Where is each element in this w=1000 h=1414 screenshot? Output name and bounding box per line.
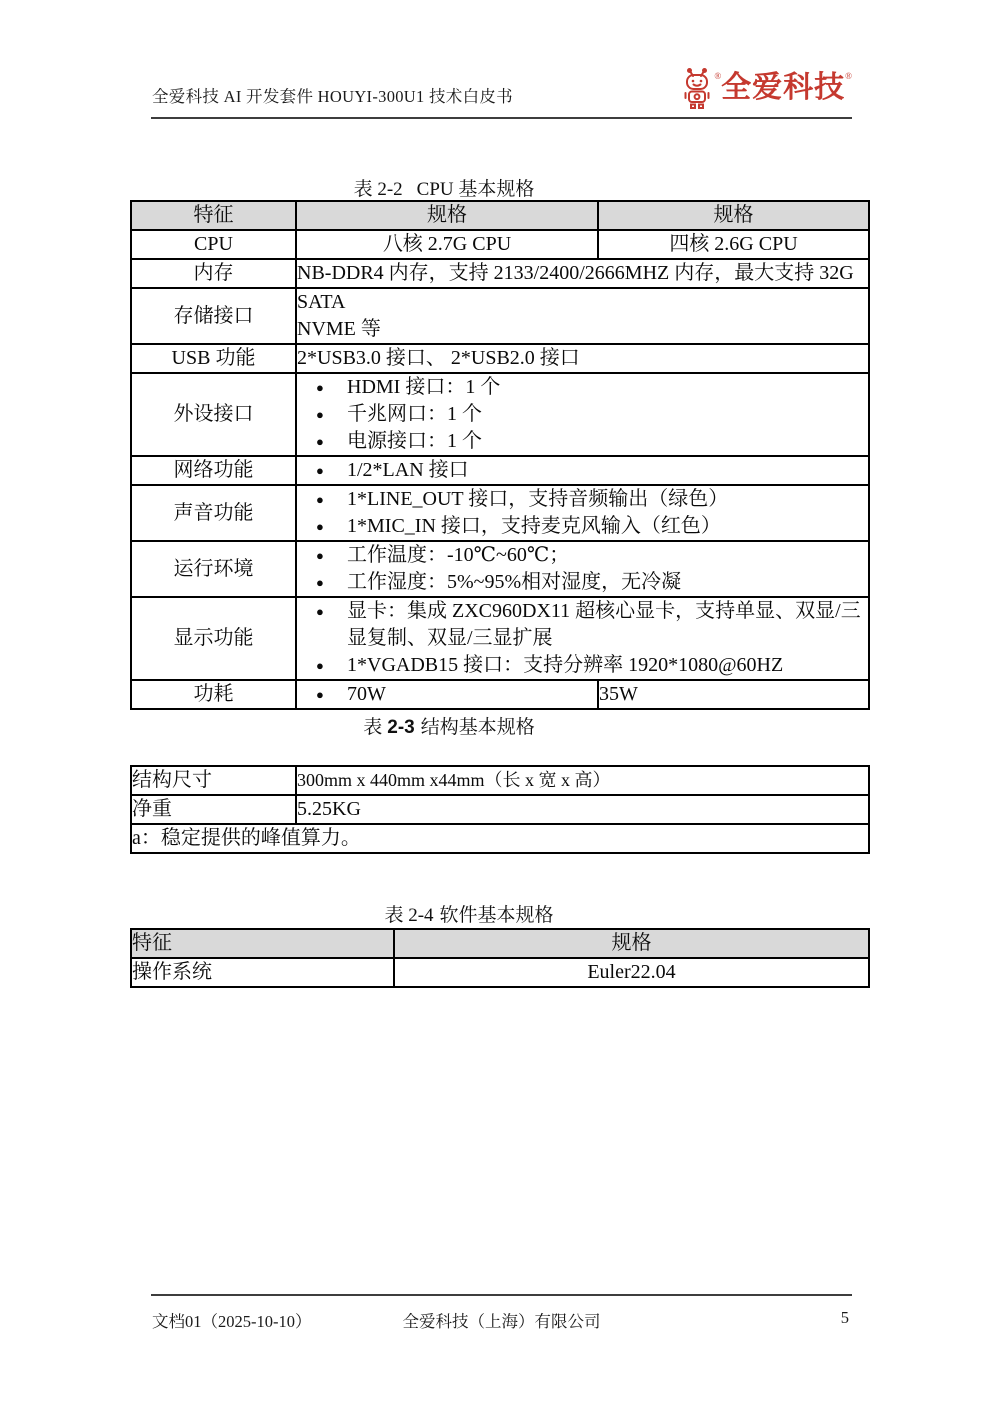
table-row-network: 网络功能 ●1/2*LAN 接口 [131,456,869,485]
bullet-line: ●工作温度：-10℃~60℃； [297,542,868,569]
bullet-line: ●1*LINE_OUT 接口，支持音频输出（绿色） [297,486,868,513]
bullet-text: 显卡：集成 ZXC960DX11 超核心显卡，支持单显、双显/三显复制、双显/三… [347,600,861,649]
spec-value: ●1/2*LAN 接口 [296,456,869,485]
feature-label: 功耗 [131,680,296,709]
footer-page-number: 5 [841,1308,849,1328]
bullet-icon: ● [316,513,324,540]
table-2-2-caption: 表 2-2CPU 基本规格 [75,174,813,201]
bullet-line: ●1/2*LAN 接口 [297,457,868,484]
page-footer: 文档01（2025-10-10） 全爱科技（上海）有限公司 5 [151,1294,852,1346]
table-header-row: 特征 规格 规格 [131,201,869,230]
feature-label: CPU [131,230,296,259]
column-header-spec: 规格 [394,929,869,958]
column-header-spec2: 规格 [598,201,869,230]
registered-mark-icon: ® [845,70,852,82]
table-row-environment: 运行环境 ●工作温度：-10℃~60℃； ●工作湿度：5%~95%相对湿度，无冷… [131,541,869,597]
document-page: 全爱科技 AI 开发套件 HOUYI-300U1 技术白皮书 [0,0,1000,1414]
bullet-text: HDMI 接口：1 个 [347,376,500,398]
bullet-line: ●1*VGADB15 接口：支持分辨率 1920*1080@60HZ [297,652,868,679]
feature-label: 外设接口 [131,373,296,456]
registered-mark-icon: ® [714,70,721,82]
bullet-text: 1/2*LAN 接口 [347,459,469,481]
table-2-4-caption: 表 2-4软件基本规格 [100,900,838,927]
table-2-3-caption: 表2-3结构基本规格 [80,712,818,739]
bullet-line: ●1*MIC_IN 接口，支持麦克风输入（红色） [297,513,868,540]
bullet-text: 工作湿度：5%~95%相对湿度，无冷凝 [347,571,681,593]
spec-value: ●70W [296,680,598,709]
bullet-text: 1*VGADB15 接口：支持分辨率 1920*1080@60HZ [347,654,783,676]
spec-value: ●HDMI 接口：1 个 ●千兆网口：1 个 ●电源接口：1 个 [296,373,869,456]
bullet-line: ●电源接口：1 个 [297,428,868,455]
spec-line: NVME 等 [297,316,868,343]
table-note: a：稳定提供的峰值算力。 [131,824,869,853]
bullet-line: ●千兆网口：1 个 [297,401,868,428]
feature-label: 内存 [131,259,296,288]
table-row-audio: 声音功能 ●1*LINE_OUT 接口，支持音频输出（绿色） ●1*MIC_IN… [131,485,869,541]
feature-label: 网络功能 [131,456,296,485]
table-row-storage: 存储接口 SATA NVME 等 [131,288,869,344]
spec-value: 四核 2.6G CPU [598,230,869,259]
spec-value: 八核 2.7G CPU [296,230,598,259]
spec-value: SATA NVME 等 [296,288,869,344]
feature-label: USB 功能 [131,344,296,373]
spec-line: SATA [297,289,868,316]
caption-number: 表 2-2 [354,179,403,200]
table-header-row: 特征 规格 [131,929,869,958]
spec-value: 300mm x 440mm x44mm（长 x 宽 x 高） [296,766,869,795]
spec-value: 5.25KG [296,795,869,824]
bullet-line: ●工作湿度：5%~95%相对湿度，无冷凝 [297,569,868,596]
caption-number: 2-3 [387,717,414,738]
feature-label: 运行环境 [131,541,296,597]
bullet-icon: ● [316,598,324,625]
table-row-os: 操作系统 Euler22.04 [131,958,869,987]
spec-value: Euler22.04 [394,958,869,987]
table-row-dimensions: 结构尺寸 300mm x 440mm x44mm（长 x 宽 x 高） [131,766,869,795]
table-row-weight: 净重 5.25KG [131,795,869,824]
bullet-icon: ● [316,486,324,513]
software-spec-table: 特征 规格 操作系统 Euler22.04 [130,928,870,988]
logo-robot-icon [682,68,712,115]
bullet-line: ●显卡：集成 ZXC960DX11 超核心显卡，支持单显、双显/三显复制、双显/… [297,598,868,652]
spec-value: ●显卡：集成 ZXC960DX11 超核心显卡，支持单显、双显/三显复制、双显/… [296,597,869,680]
bullet-icon: ● [316,652,324,679]
feature-label: 操作系统 [131,958,394,987]
bullet-line: ●HDMI 接口：1 个 [297,374,868,401]
column-header-feature: 特征 [131,201,296,230]
document-title: 全爱科技 AI 开发套件 HOUYI-300U1 技术白皮书 [152,83,513,107]
bullet-text: 1*MIC_IN 接口，支持麦克风输入（红色） [347,515,721,537]
cpu-spec-table: 特征 规格 规格 CPU 八核 2.7G CPU 四核 2.6G CPU 内存 … [130,200,870,710]
caption-word: 表 [363,717,382,738]
column-header-spec1: 规格 [296,201,598,230]
bullet-icon: ● [316,457,324,484]
bullet-icon: ● [316,569,324,596]
feature-label: 显示功能 [131,597,296,680]
caption-title: CPU 基本规格 [417,179,535,200]
caption-number: 表 2-4 [384,905,433,926]
footer-company: 全爱科技（上海）有限公司 [151,1308,852,1332]
table-row-power: 功耗 ●70W 35W [131,680,869,709]
table-row-usb: USB 功能 2*USB3.0 接口、 2*USB2.0 接口 [131,344,869,373]
spec-value: ●工作温度：-10℃~60℃； ●工作湿度：5%~95%相对湿度，无冷凝 [296,541,869,597]
company-logo: ® 全爱科技 ® [682,68,852,115]
bullet-icon: ● [316,428,324,455]
table-row-note: a：稳定提供的峰值算力。 [131,824,869,853]
bullet-icon: ● [316,374,324,401]
spec-value: 35W [598,680,869,709]
table-row-cpu: CPU 八核 2.7G CPU 四核 2.6G CPU [131,230,869,259]
table-row-memory: 内存 NB-DDR4 内存，支持 2133/2400/2666MHZ 内存，最大… [131,259,869,288]
bullet-text: 1*LINE_OUT 接口，支持音频输出（绿色） [347,488,728,510]
bullet-text: 70W [347,683,386,705]
bullet-icon: ● [316,542,324,569]
spec-value: 2*USB3.0 接口、 2*USB2.0 接口 [296,344,869,373]
structure-spec-table: 结构尺寸 300mm x 440mm x44mm（长 x 宽 x 高） 净重 5… [130,765,870,854]
bullet-line: ●70W [297,681,597,708]
column-header-feature: 特征 [131,929,394,958]
bullet-icon: ● [316,401,324,428]
bullet-icon: ● [316,681,324,708]
feature-label: 声音功能 [131,485,296,541]
logo-text: 全爱科技 [721,68,845,108]
spec-value: NB-DDR4 内存，支持 2133/2400/2666MHZ 内存，最大支持 … [296,259,869,288]
bullet-text: 千兆网口：1 个 [347,403,482,425]
page-header: 全爱科技 AI 开发套件 HOUYI-300U1 技术白皮书 [151,0,852,119]
bullet-text: 工作温度：-10℃~60℃； [347,544,569,566]
feature-label: 存储接口 [131,288,296,344]
bullet-text: 电源接口：1 个 [347,430,482,452]
table-row-display: 显示功能 ●显卡：集成 ZXC960DX11 超核心显卡，支持单显、双显/三显复… [131,597,869,680]
feature-label: 净重 [131,795,296,824]
feature-label: 结构尺寸 [131,766,296,795]
table-row-peripheral: 外设接口 ●HDMI 接口：1 个 ●千兆网口：1 个 ●电源接口：1 个 [131,373,869,456]
caption-title: 结构基本规格 [421,717,535,738]
caption-title: 软件基本规格 [440,905,554,926]
spec-value: ●1*LINE_OUT 接口，支持音频输出（绿色） ●1*MIC_IN 接口，支… [296,485,869,541]
